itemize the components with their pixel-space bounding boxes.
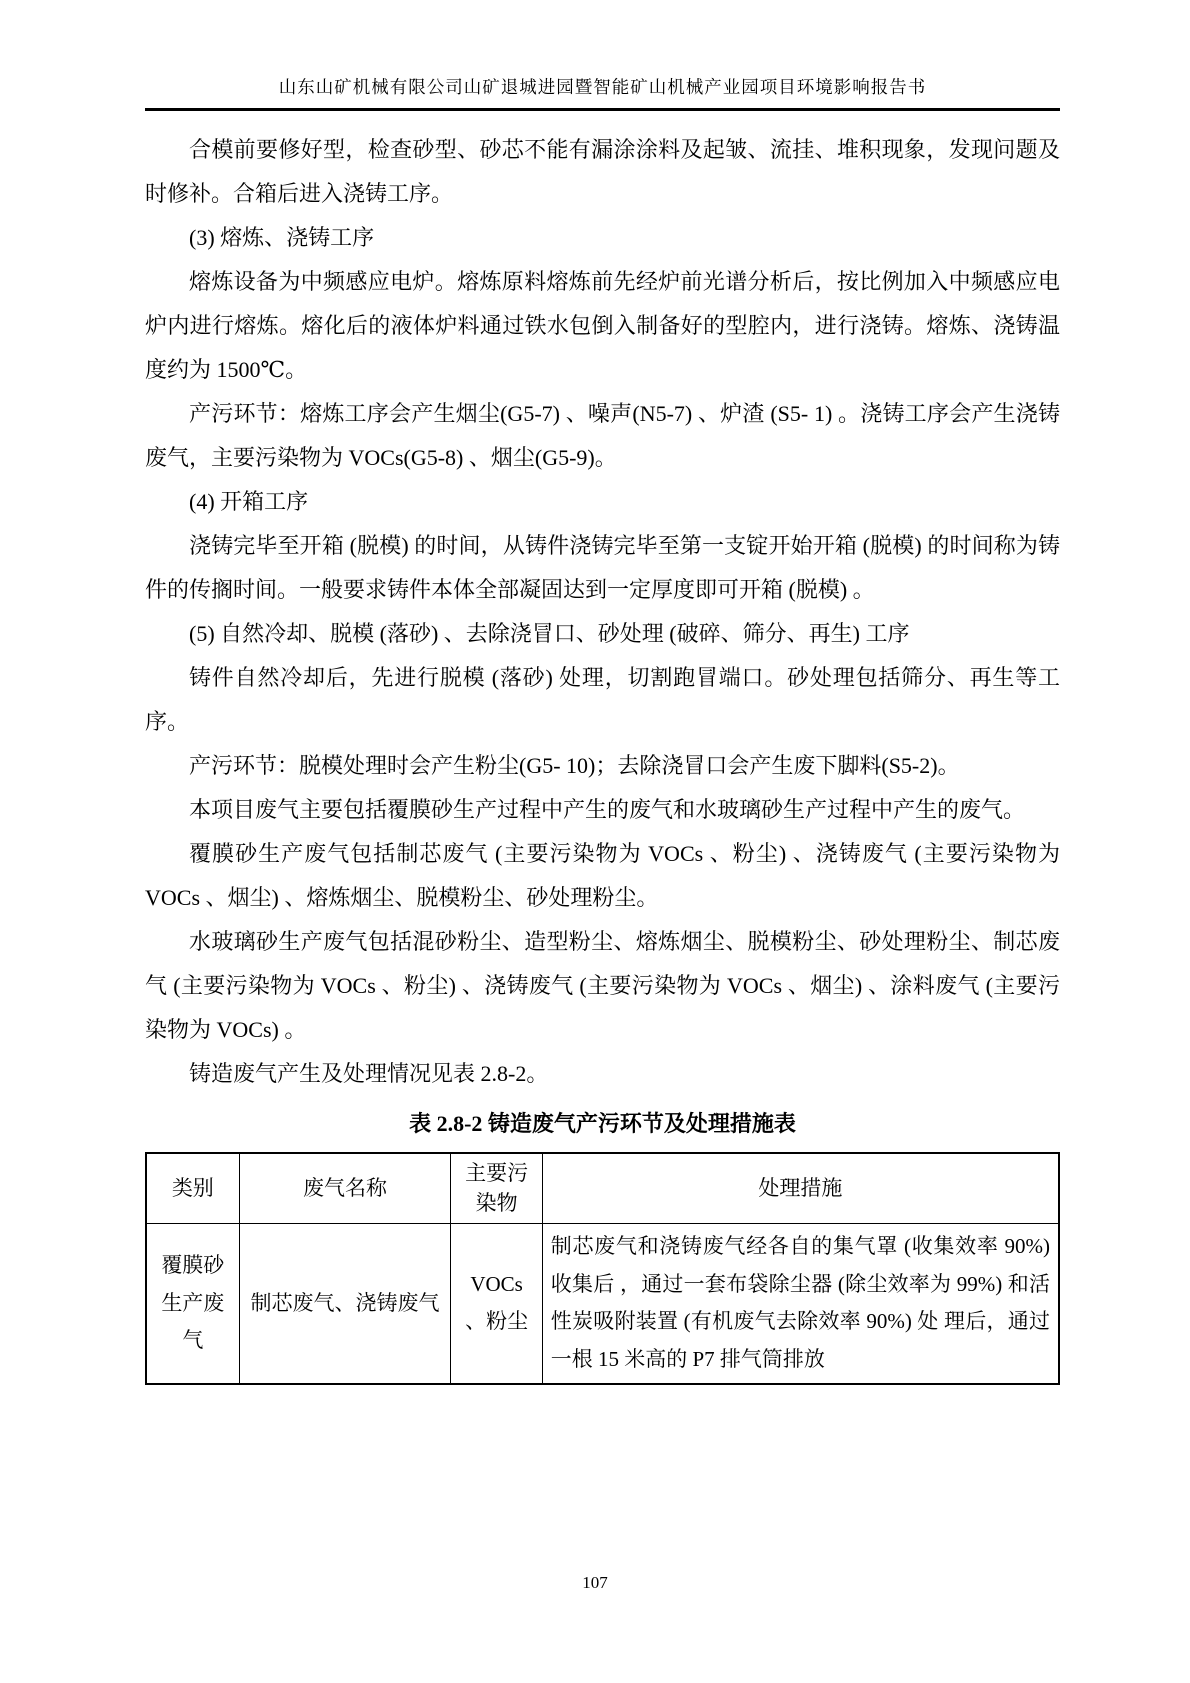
column-header-category: 类别 xyxy=(146,1153,239,1223)
table-header-row: 类别 废气名称 主要污染物 处理措施 xyxy=(146,1153,1059,1223)
table-caption: 表 2.8-2 铸造废气产污环节及处理措施表 xyxy=(145,1102,1060,1146)
page-footer: 107 xyxy=(0,1573,1190,1593)
paragraph-merge-mold: 合模前要修好型，检查砂型、砂芯不能有漏涂涂料及起皱、流挂、堆积现象，发现问题及时… xyxy=(145,128,1060,216)
cell-treatment: 制芯废气和浇铸废气经各自的集气罩 (收集效率 90%) 收集后 ，通过一套布袋除… xyxy=(542,1223,1059,1384)
column-header-pollutants: 主要污染物 xyxy=(451,1153,542,1223)
table-row-coated-sand: 覆膜砂生产废气 制芯废气、浇铸废气 VOCs 、粉尘 制芯废气和浇铸废气经各自的… xyxy=(146,1223,1059,1384)
paragraph-unboxing-time: 浇铸完毕至开箱 (脱模) 的时间，从铸件浇铸完毕至第一支锭开始开箱 (脱模) 的… xyxy=(145,524,1060,612)
page-header: 山东山矿机械有限公司山矿退城进园暨智能矿山机械产业园项目环境影响报告书 xyxy=(145,0,1060,111)
cell-category: 覆膜砂生产废气 xyxy=(146,1223,239,1384)
waste-gas-treatment-table: 类别 废气名称 主要污染物 处理措施 覆膜砂生产废气 制芯废气、浇铸废气 VOC… xyxy=(145,1152,1060,1385)
document-body: 合模前要修好型，检查砂型、砂芯不能有漏涂涂料及起皱、流挂、堆积现象，发现问题及时… xyxy=(145,128,1060,1385)
page-number: 107 xyxy=(582,1573,608,1592)
paragraph-cooling-process: 铸件自然冷却后，先进行脱模 (落砂) 处理，切割跑冒端口。砂处理包括筛分、再生等… xyxy=(145,656,1060,744)
cell-pollutants: VOCs 、粉尘 xyxy=(451,1223,542,1384)
cell-gas-name: 制芯废气、浇铸废气 xyxy=(239,1223,451,1384)
paragraph-waterglass-sand-gas: 水玻璃砂生产废气包括混砂粉尘、造型粉尘、熔炼烟尘、脱模粉尘、砂处理粉尘、制芯废气… xyxy=(145,920,1060,1052)
paragraph-waste-gas-overview: 本项目废气主要包括覆膜砂生产过程中产生的废气和水玻璃砂生产过程中产生的废气。 xyxy=(145,788,1060,832)
paragraph-demold-pollution: 产污环节：脱模处理时会产生粉尘(G5- 10)；去除浇冒口会产生废下脚料(S5-… xyxy=(145,744,1060,788)
paragraph-coated-sand-gas: 覆膜砂生产废气包括制芯废气 (主要污染物为 VOCs 、粉尘) 、浇铸废气 (主… xyxy=(145,832,1060,920)
document-page: 山东山矿机械有限公司山矿退城进园暨智能矿山机械产业园项目环境影响报告书 合模前要… xyxy=(0,0,1190,1683)
section-heading-4-unboxing: (4) 开箱工序 xyxy=(145,480,1060,524)
column-header-gas-name: 废气名称 xyxy=(239,1153,451,1223)
paragraph-table-reference: 铸造废气产生及处理情况见表 2.8-2。 xyxy=(145,1052,1060,1096)
section-heading-3-melting: (3) 熔炼、浇铸工序 xyxy=(145,216,1060,260)
paragraph-melting-process: 熔炼设备为中频感应电炉。熔炼原料熔炼前先经炉前光谱分析后，按比例加入中频感应电炉… xyxy=(145,260,1060,392)
section-heading-5-cooling: (5) 自然冷却、脱模 (落砂) 、去除浇冒口、砂处理 (破碎、筛分、再生) 工… xyxy=(145,612,1060,656)
header-title: 山东山矿机械有限公司山矿退城进园暨智能矿山机械产业园项目环境影响报告书 xyxy=(145,74,1060,99)
paragraph-melting-pollution: 产污环节：熔炼工序会产生烟尘(G5-7) 、噪声(N5-7) 、炉渣 (S5- … xyxy=(145,392,1060,480)
column-header-treatment: 处理措施 xyxy=(542,1153,1059,1223)
